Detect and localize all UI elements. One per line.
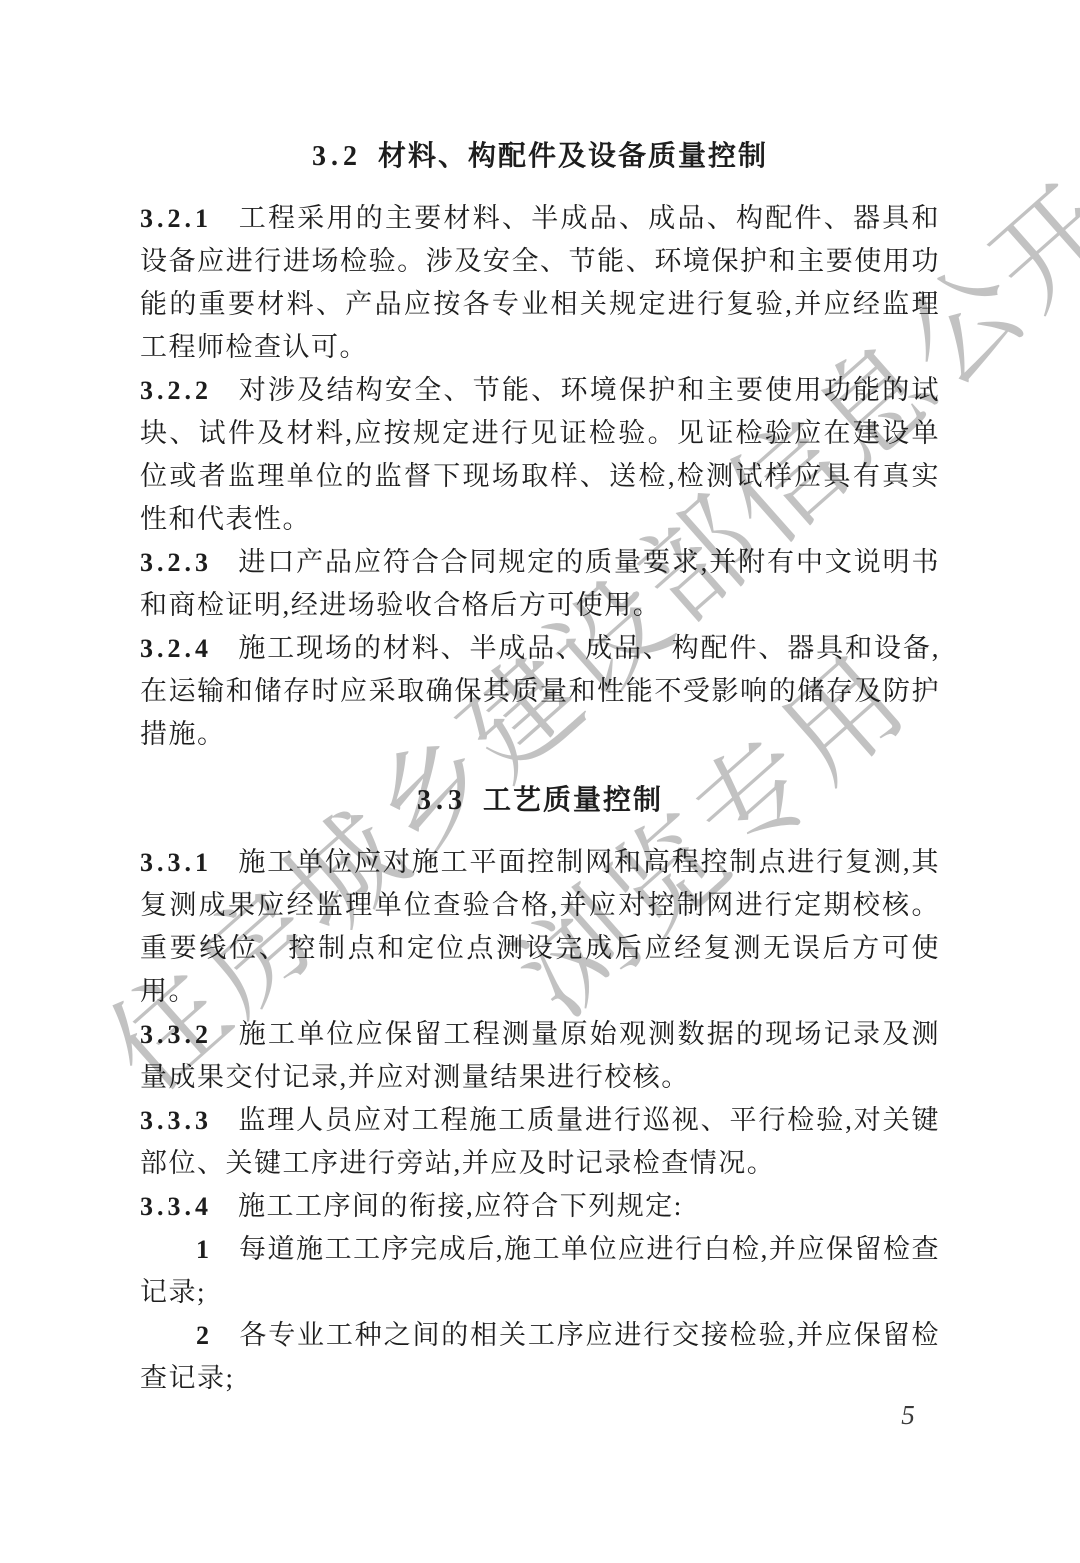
clause-3-3-1: 3.3.1施工单位应对施工平面控制网和高程控制点进行复测,其复测成果应经监理单位… xyxy=(140,841,940,1013)
clause-3-3-4-item-1: 1每道施工工序完成后,施工单位应进行白检,并应保留检查记录; xyxy=(140,1228,940,1314)
section-title: 材料、构配件及设备质量控制 xyxy=(378,140,768,171)
clause-text: 工程采用的主要材料、半成品、成品、构配件、器具和设备应进行进场检验。涉及安全、节… xyxy=(140,203,940,362)
clause-text: 施工工序间的衔接,应符合下列规定: xyxy=(238,1191,683,1221)
clause-3-2-4: 3.2.4施工现场的材料、半成品、成品、构配件、器具和设备,在运输和储存时应采取… xyxy=(140,627,940,756)
clause-3-3-4-item-2: 2各专业工种之间的相关工序应进行交接检验,并应保留检查记录; xyxy=(140,1314,940,1400)
clause-text: 对涉及结构安全、节能、环境保护和主要使用功能的试块、试件及材料,应按规定进行见证… xyxy=(140,375,940,534)
section-number: 3.2 xyxy=(312,141,362,172)
clause-3-2-3: 3.2.3进口产品应符合合同规定的质量要求,并附有中文说明书和商检证明,经进场验… xyxy=(140,541,940,627)
document-page: 住房城乡建设部信息公开 浏览专用 3.2材料、构配件及设备质量控制 3.2.1工… xyxy=(0,0,1080,1563)
section-heading-3-2: 3.2材料、构配件及设备质量控制 xyxy=(140,134,940,178)
clause-text: 施工单位应保留工程测量原始观测数据的现场记录及测量成果交付记录,并应对测量结果进… xyxy=(140,1019,940,1092)
clause-number: 3.3.4 xyxy=(140,1192,212,1221)
clause-number: 3.2.2 xyxy=(140,376,212,405)
clause-text: 施工单位应对施工平面控制网和高程控制点进行复测,其复测成果应经监理单位查验合格,… xyxy=(140,847,940,1006)
item-text: 每道施工工序完成后,施工单位应进行白检,并应保留检查记录; xyxy=(140,1234,940,1307)
clause-number: 3.2.4 xyxy=(140,634,212,663)
item-number: 1 xyxy=(196,1235,209,1264)
clause-number: 3.3.3 xyxy=(140,1106,212,1135)
page-number: 5 xyxy=(878,1400,938,1431)
section-title: 工艺质量控制 xyxy=(483,784,663,815)
section-heading-3-3: 3.3工艺质量控制 xyxy=(140,778,940,822)
clause-text: 施工现场的材料、半成品、成品、构配件、器具和设备,在运输和储存时应采取确保其质量… xyxy=(140,633,940,749)
clause-3-2-2: 3.2.2对涉及结构安全、节能、环境保护和主要使用功能的试块、试件及材料,应按规… xyxy=(140,369,940,541)
clause-number: 3.3.1 xyxy=(140,848,212,877)
clause-3-3-2: 3.3.2施工单位应保留工程测量原始观测数据的现场记录及测量成果交付记录,并应对… xyxy=(140,1013,940,1099)
clause-text: 监理人员应对工程施工质量进行巡视、平行检验,对关键部位、关键工序进行旁站,并应及… xyxy=(140,1105,940,1178)
clause-text: 进口产品应符合合同规定的质量要求,并附有中文说明书和商检证明,经进场验收合格后方… xyxy=(140,547,940,620)
clause-3-3-4: 3.3.4施工工序间的衔接,应符合下列规定: xyxy=(140,1185,940,1228)
clause-number: 3.3.2 xyxy=(140,1020,212,1049)
item-text: 各专业工种之间的相关工序应进行交接检验,并应保留检查记录; xyxy=(140,1320,940,1393)
clause-number: 3.2.1 xyxy=(140,204,212,233)
item-number: 2 xyxy=(196,1321,209,1350)
section-number: 3.3 xyxy=(417,785,467,816)
clause-number: 3.2.3 xyxy=(140,548,212,577)
clause-3-2-1: 3.2.1工程采用的主要材料、半成品、成品、构配件、器具和设备应进行进场检验。涉… xyxy=(140,197,940,369)
clause-3-3-3: 3.3.3监理人员应对工程施工质量进行巡视、平行检验,对关键部位、关键工序进行旁… xyxy=(140,1099,940,1185)
document-content: 3.2材料、构配件及设备质量控制 3.2.1工程采用的主要材料、半成品、成品、构… xyxy=(0,0,1080,1400)
